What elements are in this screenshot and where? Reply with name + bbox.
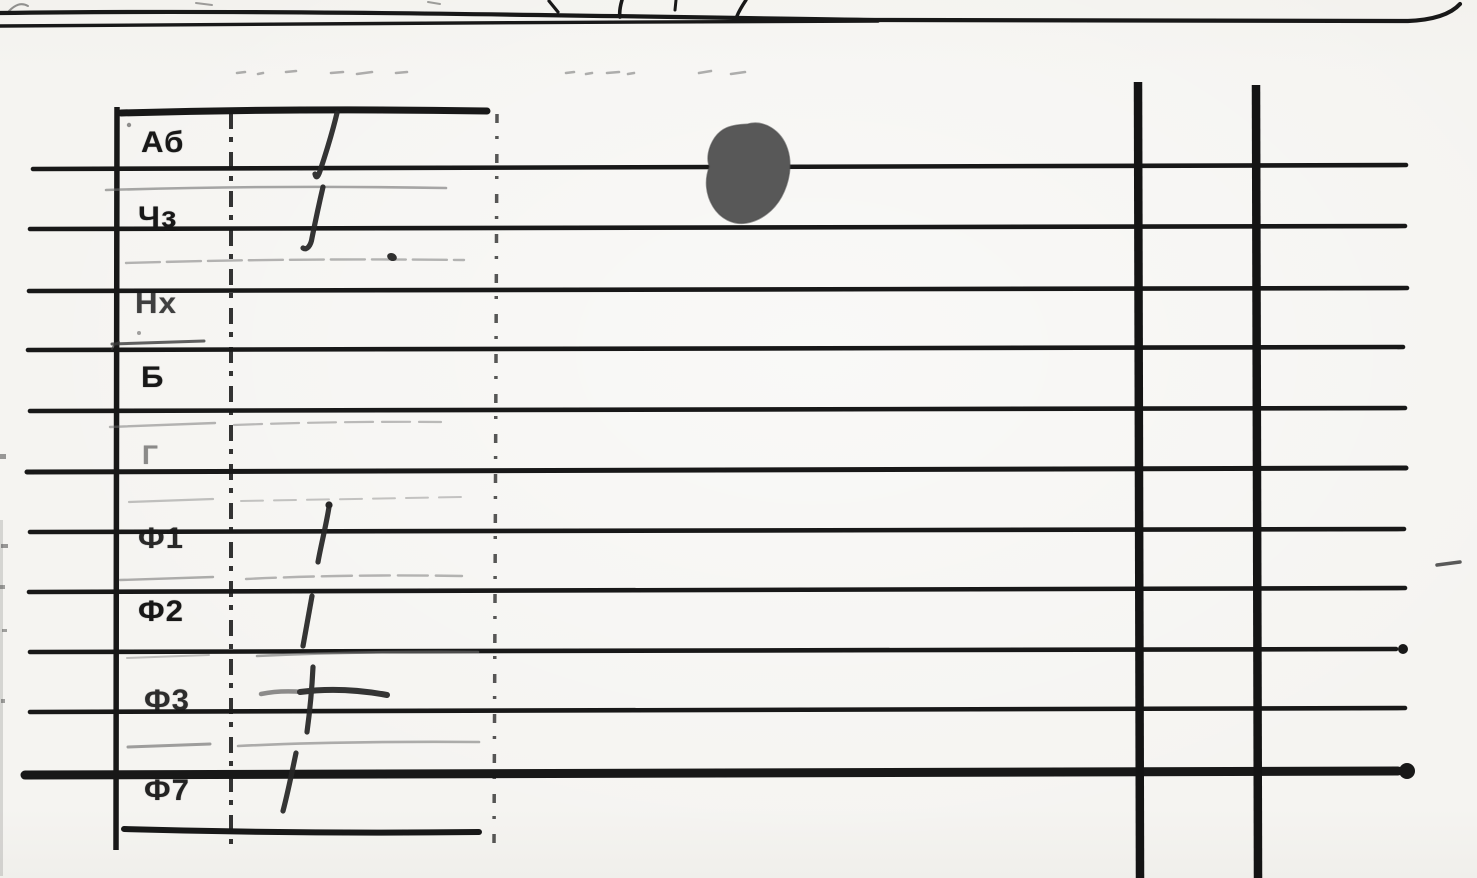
faint-separator [106,187,446,190]
faint-separator [129,499,213,502]
ruled-lines [27,165,1407,712]
ruled-line-10 [30,708,1405,712]
row-label-ab: Аб [141,128,184,158]
top-stroke-4 [737,0,746,16]
left-edge-streak [0,520,3,876]
faint-separator [234,422,441,425]
pencil-dot [628,73,634,74]
checkmark-row-f7 [283,753,296,811]
row-label-f2: Ф2 [138,597,184,627]
scan-specks [0,123,141,876]
ruled-line-5 [30,408,1405,411]
pencil-dot-rows [237,71,745,74]
faint-separator [126,259,464,263]
table-top-border [121,110,487,113]
pencil-dot [331,72,343,73]
pencil-dot [286,71,296,72]
ruled-line-3 [29,288,1407,291]
faint-separator [127,655,209,658]
top-left-squiggle [9,4,28,11]
checkmark-row-f3 [307,667,313,732]
row-label-b: Б [141,363,164,393]
checkmark-row-f2 [303,596,312,646]
pencil-dot [586,73,592,74]
row-label-chz: Чз [138,203,178,233]
vertical-line-2 [1256,85,1258,878]
top-pen-line-lower [0,21,878,26]
pencil-dot [699,71,711,73]
edge-speck [0,454,6,459]
top-tick-2 [428,2,440,4]
right-vertical-lines [1138,82,1258,878]
faint-separator [246,575,462,579]
top-tick-1 [196,3,212,5]
scan-line-art [0,0,1477,878]
pencil-dot [607,72,619,73]
row-label-f1: Ф1 [138,524,184,554]
ruled-line-6 [27,468,1406,472]
ruled-line-4 [28,347,1403,350]
faint-separator [120,577,213,580]
ruled-line-8 [29,588,1405,592]
ruled-line-thick-end-blob [1399,763,1415,779]
ink-dot [386,251,398,262]
top-stroke-1 [549,1,558,12]
table-bottom-border [124,829,479,833]
row-label-f7: Ф7 [144,776,190,806]
row-label-f3: Ф3 [144,686,190,716]
pencil-dot [731,72,745,74]
speck [137,331,141,335]
handwritten-marks [261,113,387,811]
top-pen-line-upper [0,4,1460,22]
row-label-nh: Нх [135,289,177,319]
ruled-line-9 [30,649,1396,652]
faint-row-separators [106,187,479,747]
faint-separator [241,497,463,501]
table-left-border [116,107,117,850]
pencil-dot [258,73,263,74]
top-stroke-3 [675,0,676,10]
checkmark-row-f1 [318,507,329,562]
pencil-dot [357,72,372,74]
ruled-line-7 [30,529,1404,532]
ruled-line-thick [25,771,1398,775]
ink-blot [694,113,800,233]
faint-separator [128,744,210,747]
row-label-g: Г [142,440,159,470]
speck [127,123,131,127]
pencil-dot [396,72,407,73]
table-right-border [494,114,497,846]
vertical-line-1 [1138,82,1140,878]
pencil-dot [566,72,574,73]
faint-separator [238,742,479,746]
pencil-dot [237,72,245,73]
scanned-page: Аб Чз Нх Б Г Ф1 Ф2 Ф3 Ф7 [0,0,1477,878]
cross-stroke-row-f3-faint [261,691,303,694]
right-edge-dash [1437,562,1460,565]
checkmark-row-chz [303,187,323,249]
top-pen-lines [0,0,1460,26]
checkmark-f1-pen-press [325,501,332,508]
faint-separator [110,423,215,427]
ruled-line-9-end-dot [1398,644,1408,654]
ruled-line-2 [30,226,1405,229]
faint-separator [112,341,204,344]
